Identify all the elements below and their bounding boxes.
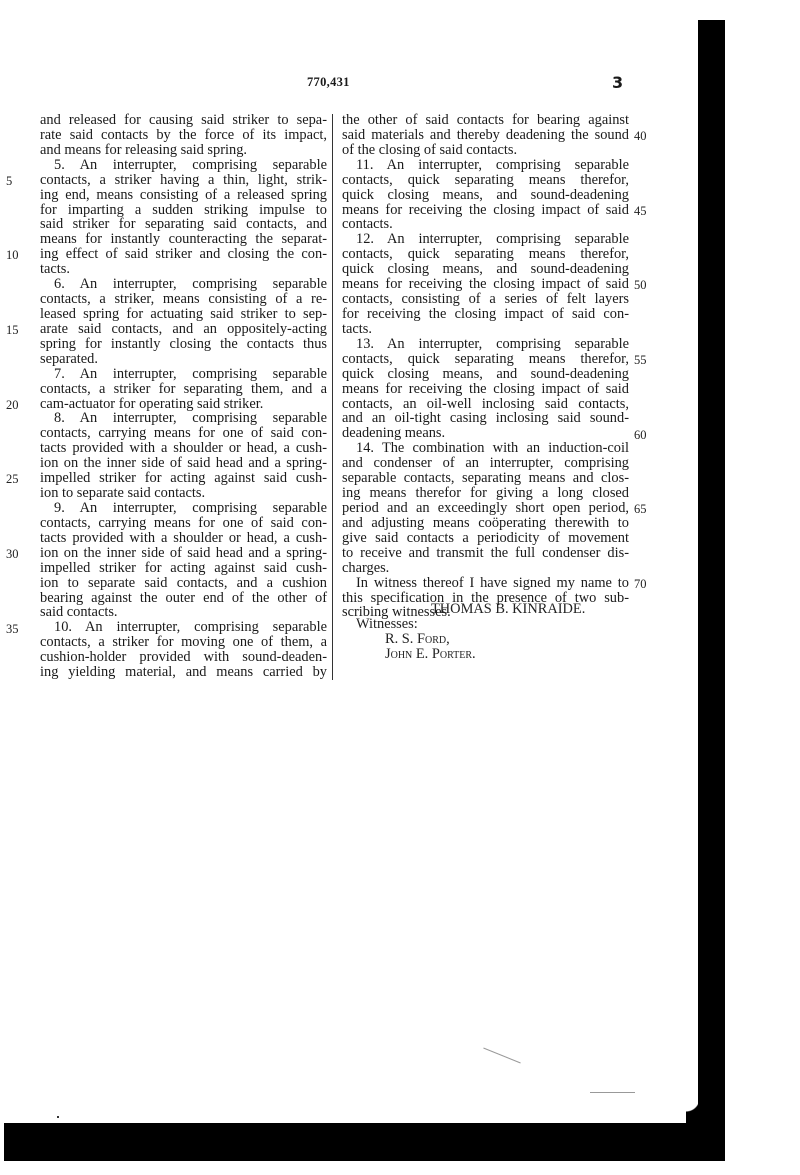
- text-line: and condenser of an interrupter, compris…: [342, 456, 629, 471]
- text-line: tacts.: [342, 322, 629, 337]
- text-line: contacts, carrying means for one of said…: [40, 516, 327, 531]
- text-line: for receiving the closing impact of said…: [342, 307, 629, 322]
- text-line: separable contacts, separating means and…: [342, 471, 629, 486]
- text-line: quick closing means, and sound-deadening: [342, 367, 629, 382]
- text-line: 14. The combination with an induction-co…: [342, 441, 629, 456]
- text-line: of the closing of said contacts.: [342, 143, 629, 158]
- text-line: 11. An interrupter, comprising separable: [342, 158, 629, 173]
- right-column: the other of said contacts for bearing a…: [342, 113, 629, 620]
- text-line: impelled striker for acting against said…: [40, 561, 327, 576]
- page-number: 3: [612, 73, 623, 92]
- text-line: 5. An interrupter, comprising separable: [40, 158, 327, 173]
- witness-2: John E. Porter.: [385, 646, 476, 663]
- text-line: means for receiving the closing impact o…: [342, 203, 629, 218]
- text-line: ing yielding material, and means carried…: [40, 665, 327, 680]
- text-line: 13. An interrupter, comprising separable: [342, 337, 629, 352]
- text-line: ing means therefor for giving a long clo…: [342, 486, 629, 501]
- text-line: contacts, a striker having a thin, light…: [40, 173, 327, 188]
- text-line: said striker for separating said contact…: [40, 217, 327, 232]
- text-line: contacts, quick separating means therefo…: [342, 173, 629, 188]
- text-line: and adjusting means coöperating therewit…: [342, 516, 629, 531]
- text-line: impelled striker for acting against said…: [40, 471, 327, 486]
- text-line: tacts.: [40, 262, 327, 277]
- text-line: give said contacts a periodicity of move…: [342, 531, 629, 546]
- text-line: ion to separate said contacts, and a cus…: [40, 576, 327, 591]
- text-line: 9. An interrupter, comprising separable: [40, 501, 327, 516]
- text-line: said contacts.: [40, 605, 327, 620]
- text-line: cam-actuator for operating said striker.: [40, 397, 327, 412]
- scan-border-bottom: [4, 1123, 725, 1161]
- text-line: ion to separate said contacts.: [40, 486, 327, 501]
- text-line: deadening means.: [342, 426, 629, 441]
- text-line: contacts, carrying means for one of said…: [40, 426, 327, 441]
- line-number-right: 70: [634, 577, 647, 592]
- text-line: ion on the inner side of said head and a…: [40, 456, 327, 471]
- text-line: 10. An interrupter, comprising separable: [40, 620, 327, 635]
- text-line: ing end, means consisting of a released …: [40, 188, 327, 203]
- text-line: tacts provided with a shoulder or head, …: [40, 531, 327, 546]
- text-line: 12. An interrupter, comprising separable: [342, 232, 629, 247]
- text-line: means for receiving the closing impact o…: [342, 277, 629, 292]
- line-number-left: 35: [6, 622, 19, 637]
- text-line: period and an exceedingly short open per…: [342, 501, 629, 516]
- line-number-left: 30: [6, 547, 19, 562]
- text-line: means for receiving the closing impact o…: [342, 382, 629, 397]
- line-number-left: 10: [6, 248, 19, 263]
- text-line: quick closing means, and sound-deadening: [342, 188, 629, 203]
- patent-number: 770,431: [307, 75, 350, 90]
- text-line: means for instantly counteracting the se…: [40, 232, 327, 247]
- line-number-right: 50: [634, 278, 647, 293]
- inventor-name: THOMAS B. KINRAIDE.: [431, 601, 585, 618]
- text-line: leased spring for actuating said striker…: [40, 307, 327, 322]
- text-line: ion on the inner side of said head and a…: [40, 546, 327, 561]
- text-line: contacts, consisting of a series of felt…: [342, 292, 629, 307]
- text-line: contacts, a striker, means consisting of…: [40, 292, 327, 307]
- line-number-left: 25: [6, 472, 19, 487]
- text-line: and released for causing said striker to…: [40, 113, 327, 128]
- line-number-right: 60: [634, 428, 647, 443]
- text-line: said materials and thereby deadening the…: [342, 128, 629, 143]
- text-line: the other of said contacts for bearing a…: [342, 113, 629, 128]
- text-line: In witness thereof I have signed my name…: [342, 576, 629, 591]
- line-number-left: 15: [6, 323, 19, 338]
- text-line: quick closing means, and sound-deadening: [342, 262, 629, 277]
- text-line: separated.: [40, 352, 327, 367]
- text-line: bearing against the outer end of the oth…: [40, 591, 327, 606]
- text-line: and an oil-tight casing inclosing said s…: [342, 411, 629, 426]
- scan-border-corner: [686, 1098, 700, 1125]
- text-line: contacts, quick separating means therefo…: [342, 352, 629, 367]
- line-number-right: 65: [634, 502, 647, 517]
- column-divider: [332, 114, 333, 680]
- text-line: contacts.: [342, 217, 629, 232]
- line-number-right: 55: [634, 353, 647, 368]
- scan-border-right: [698, 20, 725, 1161]
- line-number-left: 20: [6, 398, 19, 413]
- text-line: contacts, a striker for moving one of th…: [40, 635, 327, 650]
- text-line: to receive and transmit the full condens…: [342, 546, 629, 561]
- line-number-right: 40: [634, 129, 647, 144]
- left-column: and released for causing said striker to…: [40, 113, 327, 680]
- text-line: spring for instantly closing the contact…: [40, 337, 327, 352]
- text-line: 6. An interrupter, comprising separable: [40, 277, 327, 292]
- text-line: and means for releasing said spring.: [40, 143, 327, 158]
- line-number-left: 5: [6, 174, 12, 189]
- text-line: arate said contacts, and an oppositely-a…: [40, 322, 327, 337]
- text-line: contacts, a striker for separating them,…: [40, 382, 327, 397]
- text-line: cushion-holder provided with sound-deade…: [40, 650, 327, 665]
- text-line: 8. An interrupter, comprising separable: [40, 411, 327, 426]
- text-line: for imparting a sudden striking impulse …: [40, 203, 327, 218]
- text-line: contacts, an oil-well inclosing said con…: [342, 397, 629, 412]
- scan-speck: [483, 1048, 520, 1064]
- line-number-right: 45: [634, 204, 647, 219]
- text-line: ing effect of said striker and closing t…: [40, 247, 327, 262]
- text-line: tacts provided with a shoulder or head, …: [40, 441, 327, 456]
- text-line: charges.: [342, 561, 629, 576]
- text-line: rate said contacts by the force of its i…: [40, 128, 327, 143]
- scan-speck: [590, 1092, 635, 1093]
- text-line: contacts, quick separating means therefo…: [342, 247, 629, 262]
- text-line: 7. An interrupter, comprising separable: [40, 367, 327, 382]
- scan-speck: [57, 1116, 59, 1118]
